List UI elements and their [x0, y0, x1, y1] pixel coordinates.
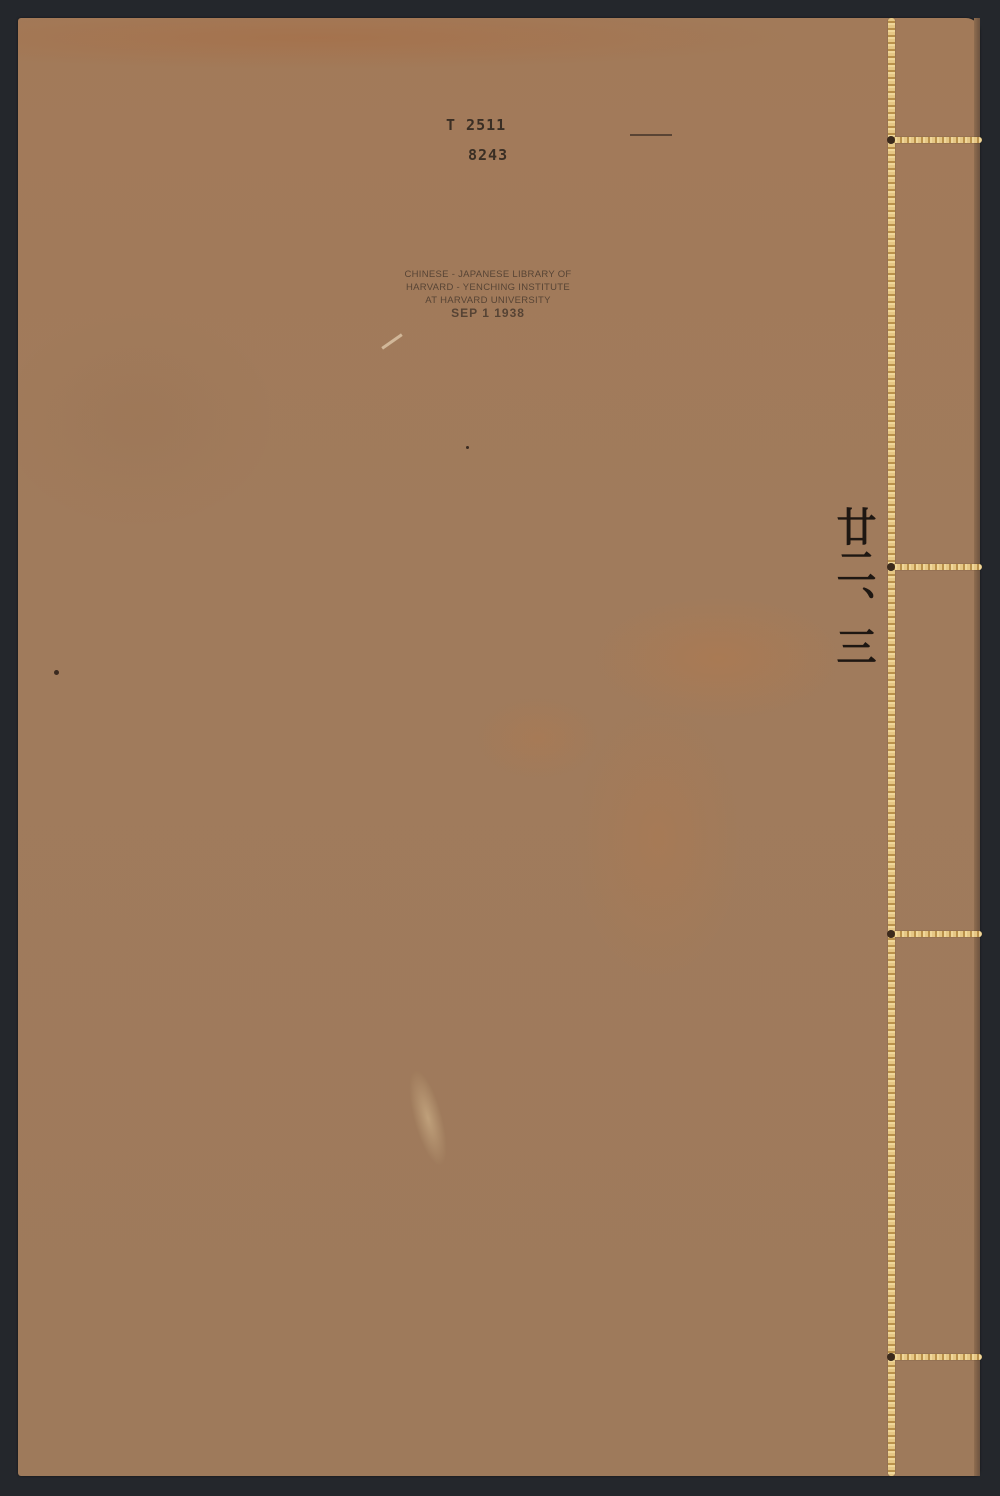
ink-mark — [630, 134, 672, 136]
binding-thread-stitch — [890, 137, 982, 143]
binding-thread-stitch — [890, 931, 982, 937]
stamp-line-2: HARVARD - YENCHING INSTITUTE — [388, 281, 588, 294]
stitch-hole — [887, 930, 895, 938]
handwritten-volume-label: 廿二、三 — [813, 506, 873, 666]
binding-thread-vertical — [888, 18, 895, 1476]
library-stamp: CHINESE - JAPANESE LIBRARY OF HARVARD - … — [388, 268, 588, 320]
binding-thread-stitch — [890, 1354, 982, 1360]
stitch-hole — [887, 1353, 895, 1361]
stamp-line-1: CHINESE - JAPANESE LIBRARY OF — [388, 268, 588, 281]
stamp-date: SEP 1 1938 — [388, 307, 588, 320]
paper-stain — [381, 1043, 475, 1194]
page-edge — [974, 18, 980, 1476]
binding-thread-stitch — [890, 564, 982, 570]
spot-mark — [466, 446, 469, 449]
stitch-hole — [887, 563, 895, 571]
spot-mark — [54, 670, 59, 675]
stitch-hole — [887, 136, 895, 144]
book-cover: T 2511 8243 CHINESE - JAPANESE LIBRARY O… — [18, 18, 980, 1476]
call-number-line2: 8243 — [468, 146, 508, 164]
scratch-mark — [381, 333, 402, 349]
call-number-line1: T 2511 — [446, 116, 506, 134]
